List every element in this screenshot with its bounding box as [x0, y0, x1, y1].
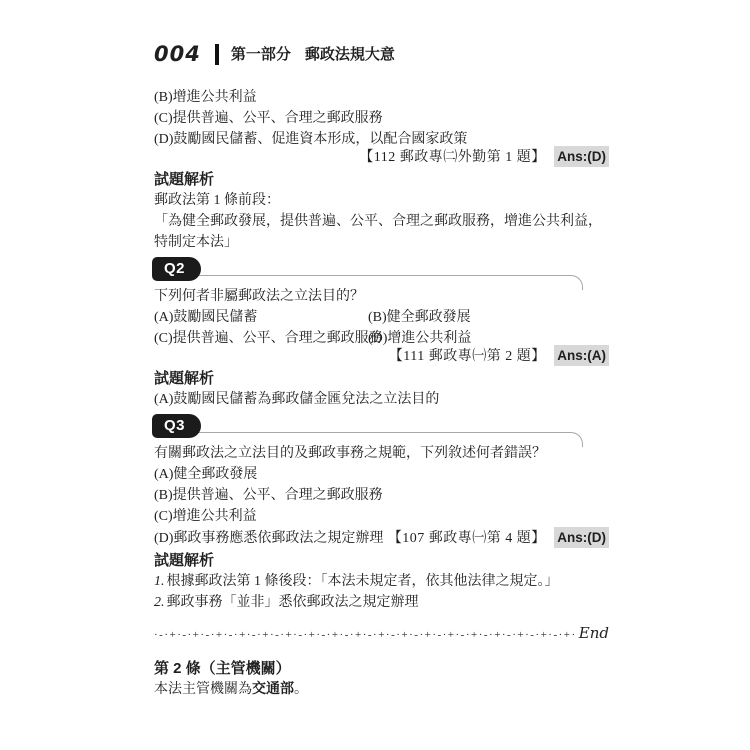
option-item: (A)鼓勵國民儲蓄 [154, 307, 368, 328]
article-body-punct: 。 [294, 682, 308, 697]
section-title: 郵政法規大意 [305, 44, 395, 65]
article-2-block: 第 2 條（主管機關） 本法主管機關為交通部。 [154, 658, 609, 700]
list-number: 2. [154, 595, 165, 610]
option-item: (B)增進公共利益 [154, 87, 609, 108]
exam-source: 【112 郵政專㈡外勤第 1 題】 [359, 150, 545, 165]
list-number: 1. [154, 574, 165, 589]
analysis-heading: 試題解析 [154, 550, 609, 571]
options-grid: (A)鼓勵國民儲蓄 (B)健全郵政發展 (C)提供普遍、公平、合理之郵政服務 (… [154, 307, 609, 349]
answer-badge: Ans:(D) [554, 146, 609, 167]
answer-badge: Ans:(A) [554, 345, 609, 366]
analysis-text: 根據郵政法第 1 條後段：「本法未規定者，依其他法律之規定。」 [167, 574, 559, 589]
option-item: (C)提供普遍、公平、合理之郵政服務 [154, 328, 368, 349]
option-item: (C)提供普遍、公平、合理之郵政服務 [154, 108, 609, 129]
option-item: (B)提供普遍、公平、合理之郵政服務 [154, 485, 609, 506]
analysis-heading: 試題解析 [154, 368, 609, 389]
option-item: (C)增進公共利益 [154, 506, 609, 527]
analysis-text: 「為健全郵政發展，提供普遍、公平、合理之郵政服務，增進公共利益，特制定本法」 [154, 211, 609, 253]
part-label: 第一部分 [231, 44, 291, 65]
question-1-block: (B)增進公共利益 (C)提供普遍、公平、合理之郵政服務 (D)鼓勵國民儲蓄、促… [154, 87, 609, 253]
question-3-block: Q3 有關郵政法之立法目的及郵政事務之規範，下列敘述何者錯誤？ (A)健全郵政發… [154, 414, 609, 613]
analysis-list-item: 2.郵政事務「並非」悉依郵政法之規定辦理 [154, 592, 609, 613]
question-badge: Q3 [152, 414, 201, 438]
answer-badge: Ans:(D) [554, 527, 609, 548]
page-number: 004 [154, 42, 201, 66]
ministry-name: 交通部 [252, 682, 294, 697]
question-frame [154, 432, 583, 447]
exam-source-line: 【107 郵政專㈠第 4 題】 Ans:(D) [388, 527, 609, 549]
analysis-text: 郵政事務「並非」悉依郵政法之規定辦理 [167, 595, 419, 610]
book-page: 004 第一部分 郵政法規大意 (B)增進公共利益 (C)提供普遍、公平、合理之… [154, 42, 609, 700]
option-item: (A)健全郵政發展 [154, 464, 609, 485]
option-item: (B)健全郵政發展 [368, 307, 609, 328]
question-frame [154, 275, 583, 290]
end-divider: ·-·+·-·+·-·+·-·+·-·+·-·+·-·+·-·+·-·+·-·+… [154, 623, 609, 646]
end-label: End [579, 623, 609, 644]
exam-source: 【107 郵政專㈠第 4 題】 [388, 531, 546, 546]
analysis-text: 郵政法第 1 條前段： [154, 190, 609, 211]
article-heading: 第 2 條（主管機關） [154, 658, 609, 679]
question-2-block: Q2 下列何者非屬郵政法之立法目的？ (A)鼓勵國民儲蓄 (B)健全郵政發展 (… [154, 257, 609, 410]
analysis-heading: 試題解析 [154, 169, 609, 190]
analysis-list-item: 1.根據郵政法第 1 條後段：「本法未規定者，依其他法律之規定。」 [154, 571, 609, 592]
option-item: (D)郵政事務應悉依郵政法之規定辦理 [154, 528, 383, 549]
exam-source: 【111 郵政專㈠第 2 題】 [389, 349, 546, 364]
header-divider-bar [215, 44, 219, 65]
divider-dashes: ·-·+·-·+·-·+·-·+·-·+·-·+·-·+·-·+·-·+·-·+… [154, 625, 575, 646]
page-header: 004 第一部分 郵政法規大意 [154, 42, 609, 66]
analysis-text: (A)鼓勵國民儲蓄為郵政儲金匯兌法之立法目的 [154, 389, 609, 410]
question-badge: Q2 [152, 257, 201, 281]
article-body-text: 本法主管機關為 [154, 682, 252, 697]
article-body: 本法主管機關為交通部。 [154, 679, 609, 700]
option-source-row: (D)郵政事務應悉依郵政法之規定辦理 【107 郵政專㈠第 4 題】 Ans:(… [154, 527, 609, 549]
